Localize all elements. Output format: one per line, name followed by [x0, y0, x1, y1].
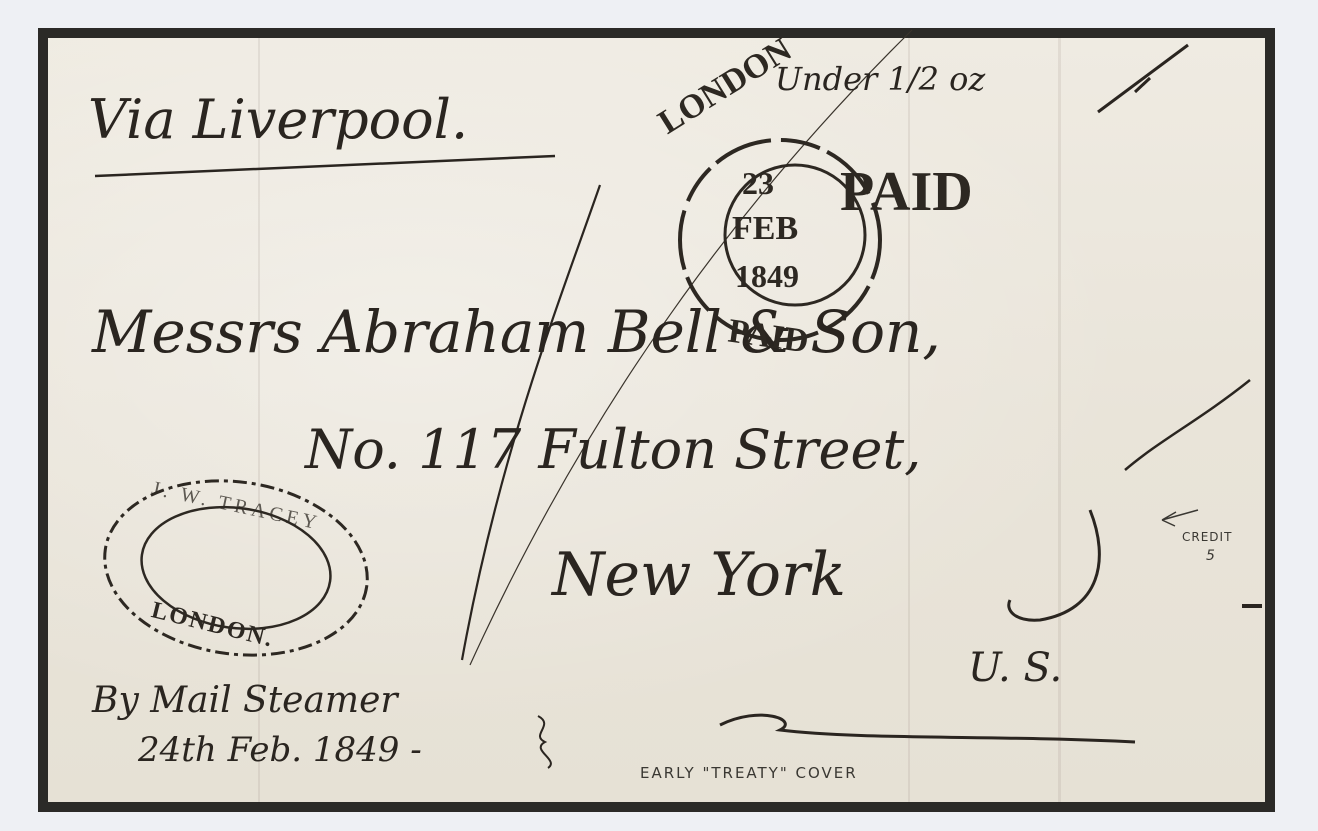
- postmark-year: 1849: [735, 258, 799, 295]
- credit-label: CREDIT: [1182, 530, 1232, 544]
- postmark-month: FEB: [732, 210, 798, 248]
- caption: EARLY "TREATY" COVER: [640, 764, 858, 782]
- street-address: No. 117 Fulton Street,: [305, 418, 921, 481]
- sender-note-line2: 24th Feb. 1849 -: [138, 730, 422, 770]
- paid-handstamp: PAID: [840, 160, 973, 224]
- addressee: Messrs Abraham Bell & Son,: [92, 298, 941, 366]
- credit-value: 5: [1206, 548, 1217, 564]
- sender-note-line1: By Mail Steamer: [92, 680, 398, 721]
- country: U. S.: [968, 645, 1062, 691]
- route-endorsement: Via Liverpool.: [88, 88, 468, 151]
- postmark-day: 23: [742, 165, 774, 202]
- city: New York: [552, 540, 846, 610]
- rate-note: Under 1/2 oz: [775, 60, 985, 98]
